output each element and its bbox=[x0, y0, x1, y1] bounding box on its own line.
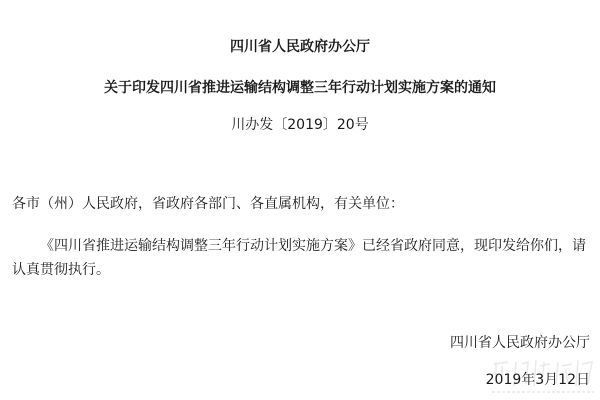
notice-title: 关于印发四川省推进运输结构调整三年行动计划实施方案的通知 bbox=[0, 81, 600, 95]
document-number: 川办发〔2019〕20号 bbox=[0, 118, 600, 132]
issuing-office-heading: 四川省人民政府办公厅 bbox=[0, 40, 600, 54]
body-paragraph: 《四川省推进运输结构调整三年行动计划实施方案》已经省政府同意，现印发给你们，请认… bbox=[12, 234, 592, 282]
salutation: 各市（州）人民政府，省政府各部门、各直属机构，有关单位： bbox=[12, 197, 404, 211]
issue-date: 2019年3月12日 bbox=[486, 373, 590, 387]
signatory: 四川省人民政府办公厅 bbox=[450, 336, 590, 350]
